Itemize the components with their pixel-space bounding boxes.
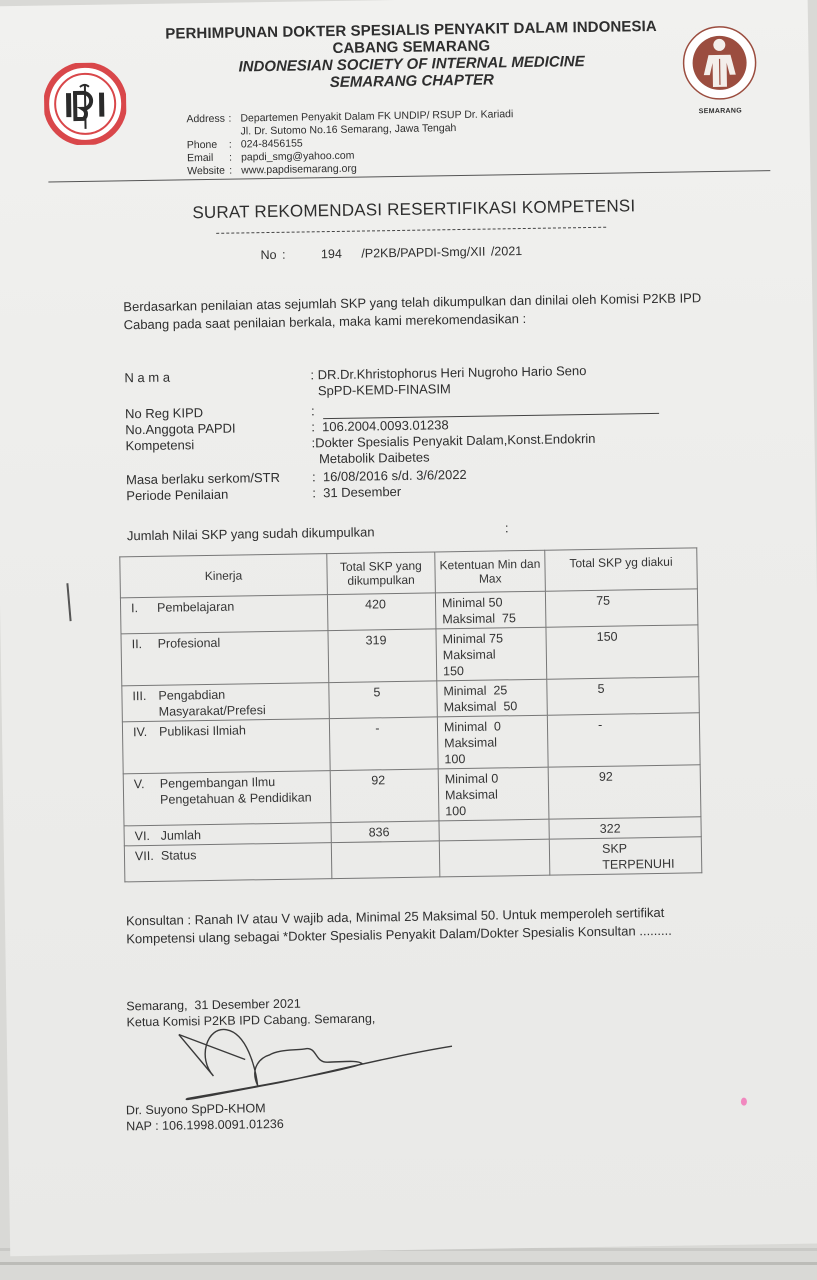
consultant-note: Konsultan : Ranah IV atau V wajib ada, M… bbox=[126, 904, 686, 948]
contact-block: Address: Departemen Penyakit Dalam FK UN… bbox=[186, 108, 514, 178]
rule-cell: Minimal 50Maksimal 75 bbox=[435, 591, 546, 629]
collected-cell: 420 bbox=[327, 593, 436, 631]
skp-total-label: Jumlah Nilai SKP yang sudah dikumpulkan bbox=[127, 524, 375, 543]
signer-nap: NAP : 106.1998.0091.01236 bbox=[126, 1116, 284, 1134]
organization-header: PERHIMPUNAN DOKTER SPESIALIS PENYAKIT DA… bbox=[151, 18, 672, 94]
pen-mark bbox=[66, 583, 71, 621]
table-row: II.Profesional319Minimal 75Maksimal15015… bbox=[121, 625, 699, 686]
header-rule: Ketentuan Min dan Max bbox=[435, 550, 546, 593]
kinerja-cell: III.Pengabdian Masyarakat/Prefesi bbox=[122, 683, 329, 722]
recognized-cell: - bbox=[547, 713, 700, 767]
papdi-logo: SEMARANG bbox=[679, 24, 760, 115]
kinerja-cell: II.Profesional bbox=[121, 631, 329, 686]
place-date-block: Semarang, 31 Desember 2021 Ketua Komisi … bbox=[126, 994, 375, 1030]
kinerja-cell: I.Pembelajaran bbox=[120, 595, 327, 634]
table-row: V.Pengembangan Ilmu Pengetahuan & Pendid… bbox=[123, 765, 701, 826]
recognized-cell: 75 bbox=[545, 589, 697, 627]
recipient-fields: N a m a : DR.Dr.Khristophorus Heri Nugro… bbox=[124, 362, 686, 505]
idi-logo bbox=[44, 62, 127, 145]
recognized-cell: 5 bbox=[547, 677, 699, 715]
table-row: VII.StatusSKP TERPENUHI bbox=[124, 837, 701, 882]
skp-table: Kinerja Total SKP yang dikumpulkan Keten… bbox=[119, 547, 702, 882]
paper-edge bbox=[0, 1262, 817, 1265]
rule-cell: Minimal 75Maksimal150 bbox=[436, 627, 547, 681]
collected-cell: 92 bbox=[330, 769, 439, 823]
collected-cell: 319 bbox=[328, 629, 437, 683]
skp-total-colon: : bbox=[505, 520, 509, 535]
recognized-cell: 92 bbox=[548, 765, 701, 819]
collected-cell: - bbox=[329, 717, 438, 771]
collected-cell: 836 bbox=[331, 821, 439, 843]
kinerja-cell: V.Pengembangan Ilmu Pengetahuan & Pendid… bbox=[123, 771, 331, 826]
collected-cell: 5 bbox=[329, 681, 438, 719]
rule-cell: Minimal 0Maksimal100 bbox=[438, 767, 549, 821]
letter-title: SURAT REKOMENDASI RESERTIFIKASI KOMPETEN… bbox=[114, 195, 714, 224]
signature bbox=[157, 1024, 458, 1109]
title-dashed-rule bbox=[216, 227, 606, 234]
rule-cell: Minimal 0Maksimal100 bbox=[437, 715, 548, 769]
kinerja-cell: IV.Publikasi Ilmiah bbox=[122, 719, 330, 774]
collected-cell bbox=[331, 841, 440, 879]
table-row: IV.Publikasi Ilmiah-Minimal 0Maksimal100… bbox=[122, 713, 700, 774]
ink-spot bbox=[741, 1098, 747, 1106]
intro-paragraph: Berdasarkan penilaian atas sejumlah SKP … bbox=[123, 289, 703, 334]
letter-number: No : 194 /P2KB/PAPDI-Smg/XII /2021 bbox=[260, 244, 522, 262]
signer-block: Dr. Suyono SpPD-KHOM NAP : 106.1998.0091… bbox=[126, 1100, 284, 1134]
recognized-cell: 150 bbox=[546, 625, 699, 679]
recognized-cell: SKP TERPENUHI bbox=[549, 837, 701, 875]
rule-cell bbox=[439, 819, 549, 841]
rule-cell: Minimal 25Maksimal 50 bbox=[437, 679, 548, 717]
rule-cell bbox=[439, 839, 550, 877]
header-recognized: Total SKP yg diakui bbox=[545, 548, 698, 591]
header-collected: Total SKP yang dikumpulkan bbox=[327, 552, 436, 595]
recognized-cell: 322 bbox=[549, 817, 701, 839]
field-name: N a m a : DR.Dr.Khristophorus Heri Nugro… bbox=[124, 362, 684, 403]
kinerja-cell: VII.Status bbox=[124, 843, 331, 882]
header-kinerja: Kinerja bbox=[120, 554, 327, 598]
logo-caption: SEMARANG bbox=[680, 107, 760, 115]
letter-page: PERHIMPUNAN DOKTER SPESIALIS PENYAKIT DA… bbox=[0, 0, 817, 1256]
